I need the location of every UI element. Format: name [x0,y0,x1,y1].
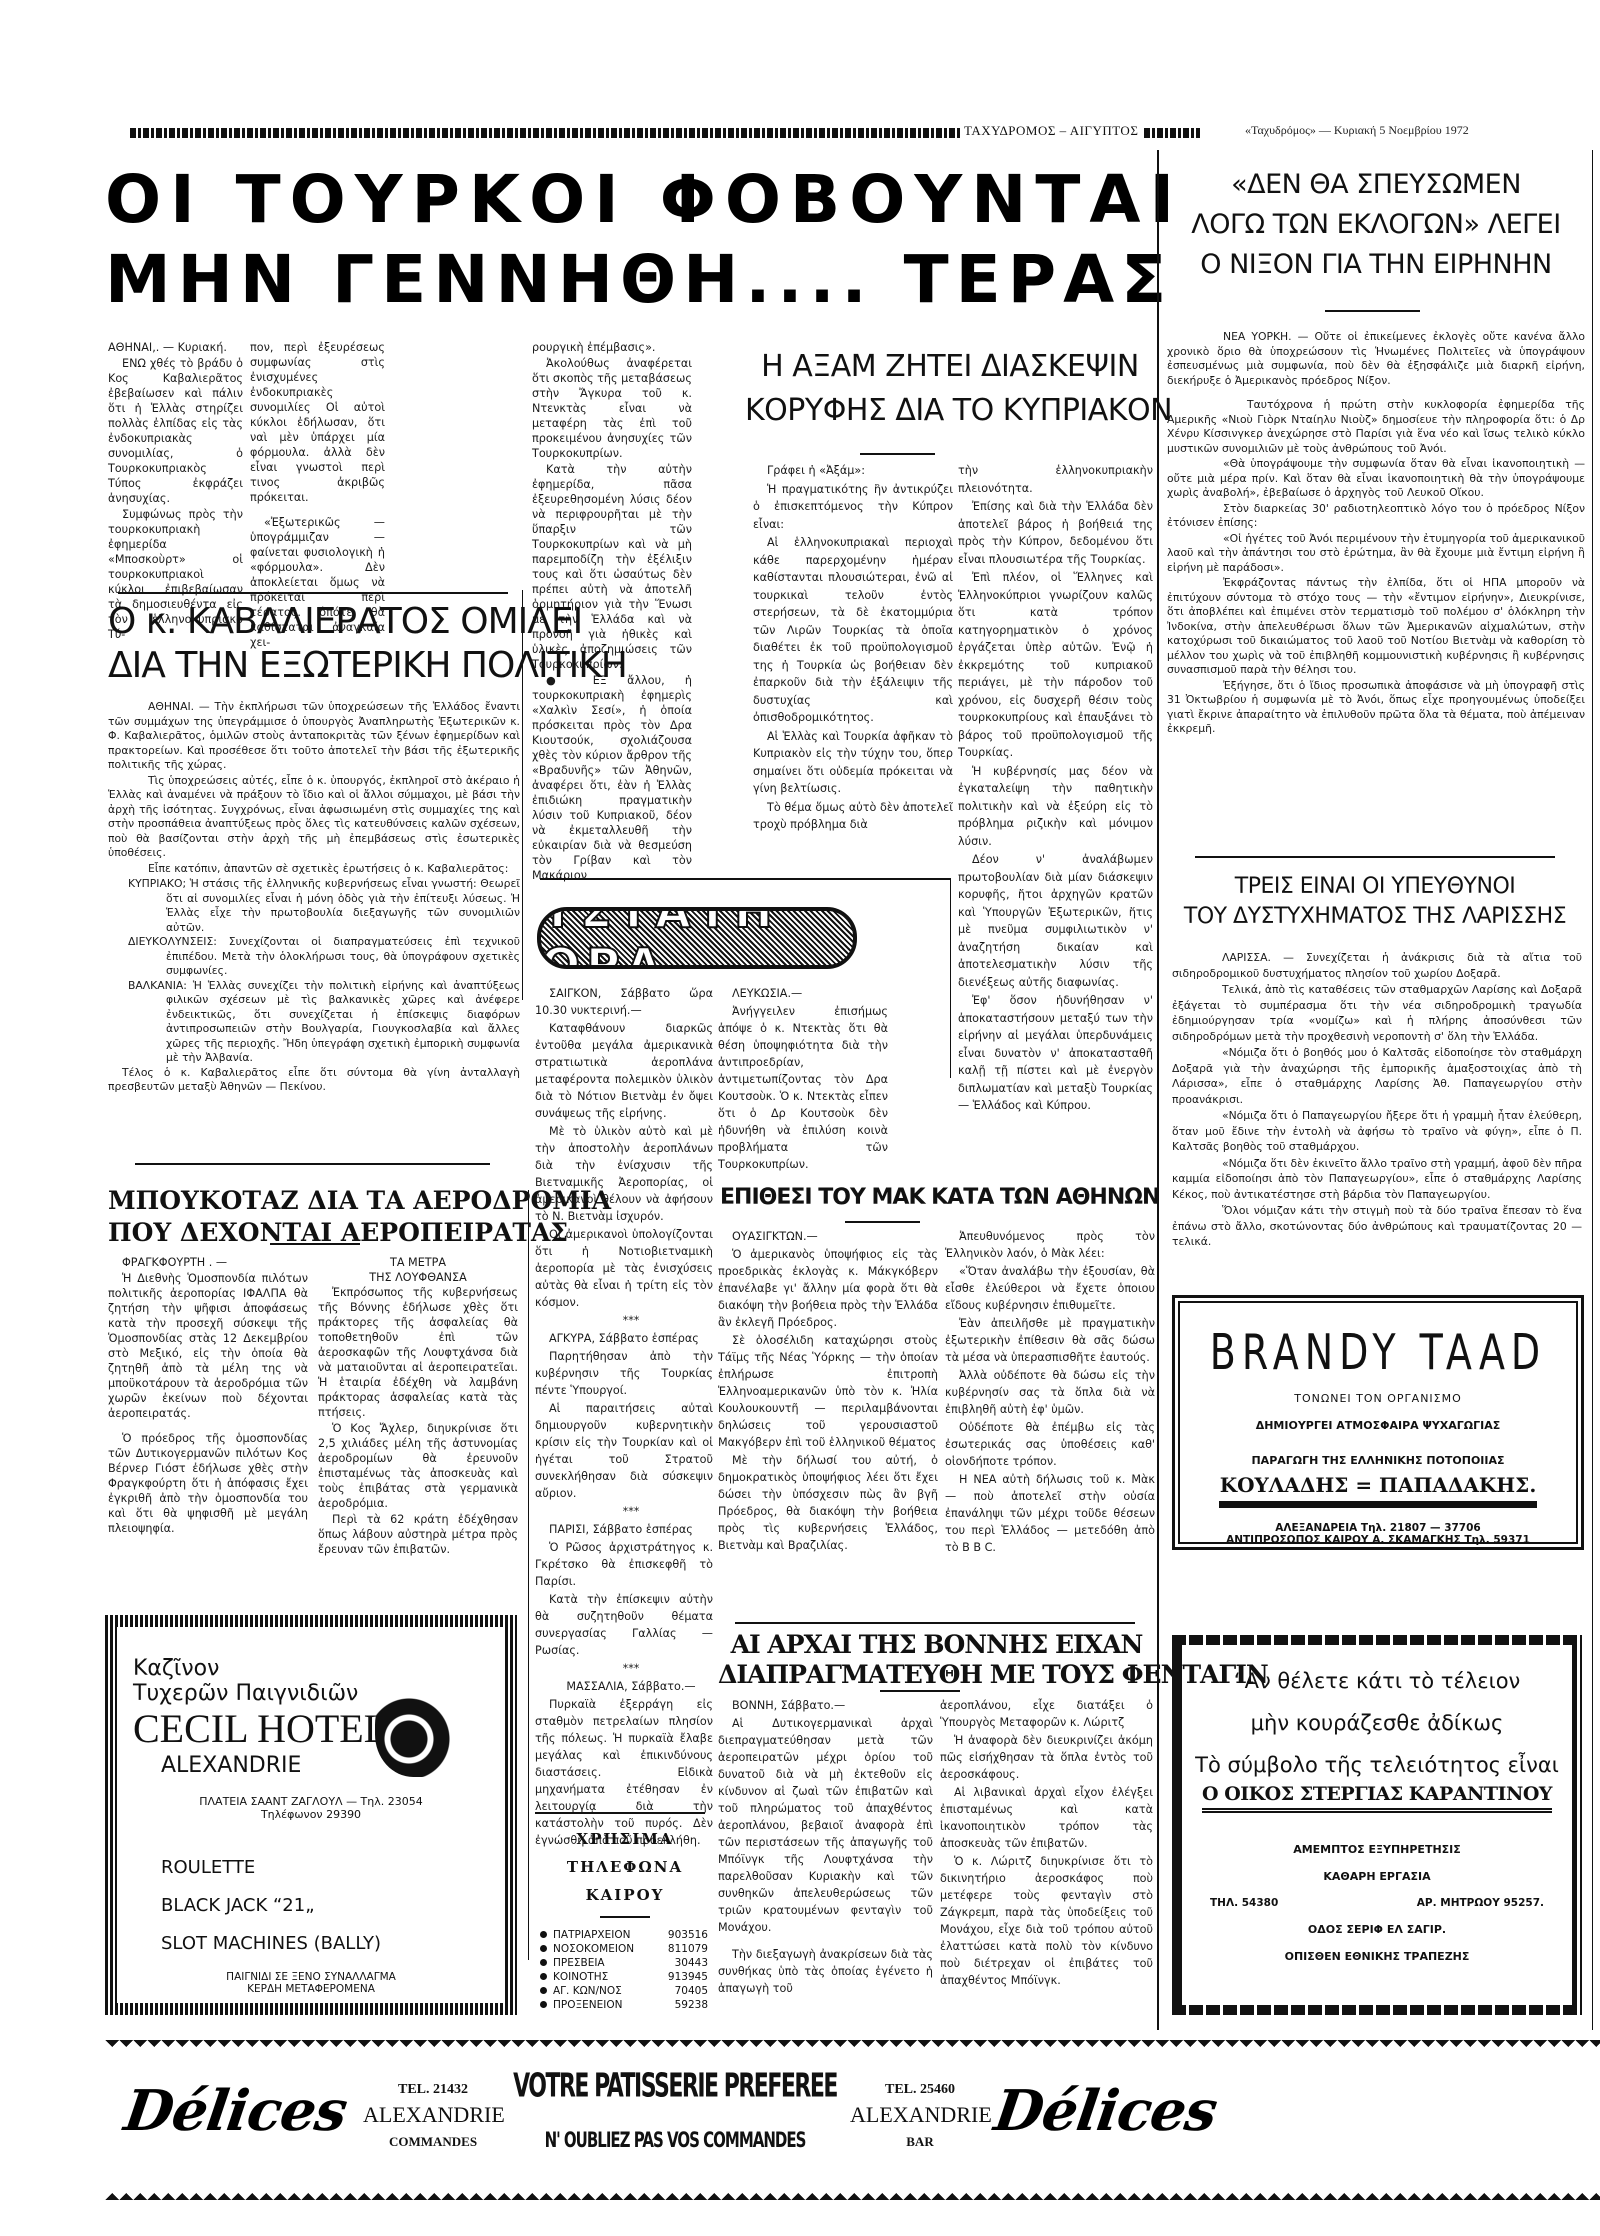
bullet-icon [540,1945,547,1952]
phone-entry: ΠΡΟΞΕΝΕΙΟΝ59238 [540,1998,708,2012]
phone-entry: ΠΡΕΣΒΕΙΑ30443 [540,1956,708,1970]
box-rule [950,878,951,1078]
delices-ad: Délices TEL. 21432 ALEXANDRIE COMMANDES … [105,2040,1600,2200]
section-rule [880,1690,960,1692]
column-rule [528,1190,529,1960]
bonn-col-1: ΒΟΝΝΗ, Σάββατο.— Αἱ Δυτικογερμανικαὶ ἀρχ… [718,1697,933,1998]
delices-center: VOTRE PATISSERIE PREFEREE N' OUBLIEZ PAS… [510,2074,840,2149]
delices-logo-right: Délices [990,2078,1220,2144]
section-rule [735,1622,1135,1624]
zigzag-border [105,2186,1600,2200]
column-rule [1157,150,1159,2030]
section-rule [270,1243,360,1245]
phone-entry: ΠΑΤΡΙΑΡΧΕΙΟΝ903516 [540,1928,708,1942]
section-rule [600,1916,650,1918]
casino-ad: Καζῖνον Τυχερῶν Παιγνιδιῶν CECIL HOTEL A… [105,1615,517,2015]
axam-headline: Η ΑΞΑΜ ΖΗΤΕΙ ΔΙΑΣΚΕΨΙΝ ΚΟΡΥΦΗΣ ΔΙΑ ΤΟ ΚΥ… [745,345,1155,433]
dateline: «Ταχυδρόμος» — Κυριακή 5 Νοεμβρίου 1972 [1245,123,1469,138]
section-rule [845,1221,920,1223]
bonn-col-2: ἀεροπλάνου, εἶχε διατάξει ὁ Ὑπουργὸς Μετ… [940,1697,1153,1990]
column-rule [1592,150,1593,2030]
axam-col-2: τὴν ἑλληνοκυπριακὴν πλειονότητα. Ἐπίσης … [958,462,1153,1116]
phones-title: ΧΡΗΣΙΜΑ ΤΗΛΕΦΩΝΑ ΚΑΙΡΟΥ [540,1825,710,1909]
phones-list: ΠΑΤΡΙΑΡΧΕΙΟΝ903516 ΝΟΣΟΚΟΜΕΙΟΝ811079 ΠΡΕ… [540,1928,708,2012]
mac-headline: ΕΠΙΘΕΣΙ ΤΟΥ ΜΑΚ ΚΑΤΑ ΤΩΝ ΑΘΗΝΩΝ [720,1183,1155,1213]
mac-col-2: Ἀπευθυνόμενος πρὸς τὸν Ἑλληνικὸν λαόν, ὁ… [945,1228,1155,1557]
divider [1219,1501,1537,1508]
bullet-icon [540,2001,547,2008]
larissa-headline: ΤΡΕΙΣ ΕΙΝΑΙ ΟΙ ΥΠΕΥΘΥΝΟΙ ΤΟΥ ΔΥΣΤΥΧΗΜΑΤΟ… [1165,872,1585,932]
boycott-headline: ΜΠΟΥΚΟΤΑΖ ΔΙΑ ΤΑ ΑΕΡΟΔΡΟΜΙΑ ΠΟΥ ΔΕΧΟΝΤΑΙ… [108,1185,518,1249]
zigzag-border [105,2040,1600,2054]
boycott-col-2: ΤΑ ΜΕΤΡΑ ΤΗΣ ΛΟΥΦΘΑΝΣΑ Ἐκπρόσωπος τῆς κυ… [318,1255,518,1558]
bonn-headline: ΑΙ ΑΡΧΑΙ ΤΗΣ ΒΟΝΝΗΣ ΕΙΧΑΝ ΔΙΑΠΡΑΓΜΑΤΕΥΘΗ… [718,1630,1155,1690]
phone-entry: ΝΟΣΟΚΟΜΕΙΟΝ811079 [540,1942,708,1956]
karantinos-name: Ο ΟΙΚΟΣ ΣΤΕΡΓΙΑΣ ΚΑΡΑΝΤΙΝΟΥ [1182,1783,1572,1805]
nixon-headline: «ΔΕΝ ΘΑ ΣΠΕΥΣΩΜΕΝ ΛΟΓΩ ΤΩΝ ΕΚΛΟΓΩΝ» ΛΕΓΕ… [1160,165,1592,285]
delices-logo-left: Délices [120,2078,350,2144]
lotus-emblem-icon [375,1682,460,1777]
kavalieratos-headline: Ο κ. ΚΑΒΑΛΙΕΡΑΤΟΣ ΟΜΙΛΕΙ ΔΙΑ ΤΗΝ ΕΞΩΤΕΡΙ… [108,600,523,688]
mac-col-1: ΟΥΑΣΙΓΚΤΩΝ.— Ὁ ἀμερικανὸς ὑποψήφιος εἰς … [718,1228,938,1555]
section-rule [135,1163,490,1165]
karantinos-ad: “Αν θέλετε κάτι τὸ τέλειον μὴν κουράζεσθ… [1172,1635,1582,2015]
main-headline-line-2: ΜΗΝ ΓΕΝΝΗΘΗ.... ΤΕΡΑΣ [105,240,1150,320]
brandy-ad: BRANDY TAAD ΤΟΝΩΝΕΙ ΤΟΝ ΟΡΓΑΝΙΣΜΟ ΔΗΜΙΟΥ… [1172,1295,1584,1550]
brandy-title: BRANDY TAAD [1175,1323,1581,1380]
axam-col-1: Γράφει ἡ «Ἀξάμ»: Ἡ πραγματικότης ἣν ἀντι… [753,462,953,835]
larissa-body: ΛΑΡΙΣΣΑ. — Συνεχίζεται ἡ ἀνάκρισις διὰ τ… [1172,950,1582,1251]
bullet-icon [540,1987,547,1994]
section-rule [118,592,508,594]
phone-entry: ΑΓ. ΚΩΝ/ΝΟΣ70405 [540,1984,708,1998]
kavalieratos-body: ΑΘΗΝΑΙ. — Τὴν ἐκπλήρωσι τῶν ὑποχρεώσεων … [108,700,520,1096]
kavalieratos-item: ΔΙΕΥΚΟΛΥΝΣΕΙΣ: Συνεχίζονται οἱ διαπραγμα… [108,935,520,979]
kavalieratos-item: ΒΑΛΚΑΝΙΑ: Ἡ Ἑλλὰς συνεχίζει τὴν πολιτικὴ… [108,979,520,1066]
bullet-icon [540,1931,547,1938]
main-headline: ΟΙ ΤΟΥΡΚΟΙ ΦΟΒΟΥΝΤΑΙ ΜΗΝ ΓΕΝΝΗΘΗ.... ΤΕΡ… [105,160,1150,320]
late-news-col-1: ΣΑΙΓΚΟΝ, Σάββατο ὥρα 10.30 νυκτερινή.— Κ… [535,985,713,1850]
boycott-col-1: ΦΡΑΓΚΦΟΥΡΤΗ . — Ἡ Διεθνὴς Ὁμοσπονδία πιλ… [108,1255,308,1537]
delices-left-contact: TEL. 21432 ALEXANDRIE COMMANDES [363,2082,503,2150]
brandy-producer: ΚΟΥΛΑΔΗΣ = ΠΑΠΑΔΑΚΗΣ. [1175,1473,1581,1497]
paper-name: ΤΑΧΥΔΡΟΜΟΣ – ΑΙΓΥΠΤΟΣ [960,123,1142,139]
delices-right-contact: TEL. 25460 ALEXANDRIE BAR [850,2082,990,2150]
section-rule [860,453,935,455]
kavalieratos-item: ΚΥΠΡΙΑΚΟ; Ἡ στάσις τῆς ἑλληνικῆς κυβερνή… [108,877,520,935]
bullet-icon [540,1959,547,1966]
section-rule [535,1812,705,1814]
nixon-body: ΝΕΑ ΥΟΡΚΗ. — Οὔτε οἱ ἐπικείμενες ἐκλογὲς… [1167,330,1585,738]
section-rule [540,878,950,880]
main-story-col-1: ΑΘΗΝΑΙ,. — Κυριακή. ΕΝΩ χθές τὸ βράδυ ὁ … [108,340,243,643]
late-news-col-2: ΛΕΥΚΩΣΙΑ.— Ἀνήγγειλεν ἐπισήμως ἀπόψε ὁ κ… [718,985,888,1174]
divider [1202,1808,1552,1813]
main-headline-line-1: ΟΙ ΤΟΥΡΚΟΙ ΦΟΒΟΥΝΤΑΙ [105,160,1150,240]
section-rule [1325,310,1420,312]
section-rule [1195,856,1555,858]
bullet-icon [540,1973,547,1980]
late-news-banner: ΥΣΤΑΤΗ ΩΡΑ [537,907,857,969]
phone-entry: ΚΟΙΝΟΤΗΣ913945 [540,1970,708,1984]
